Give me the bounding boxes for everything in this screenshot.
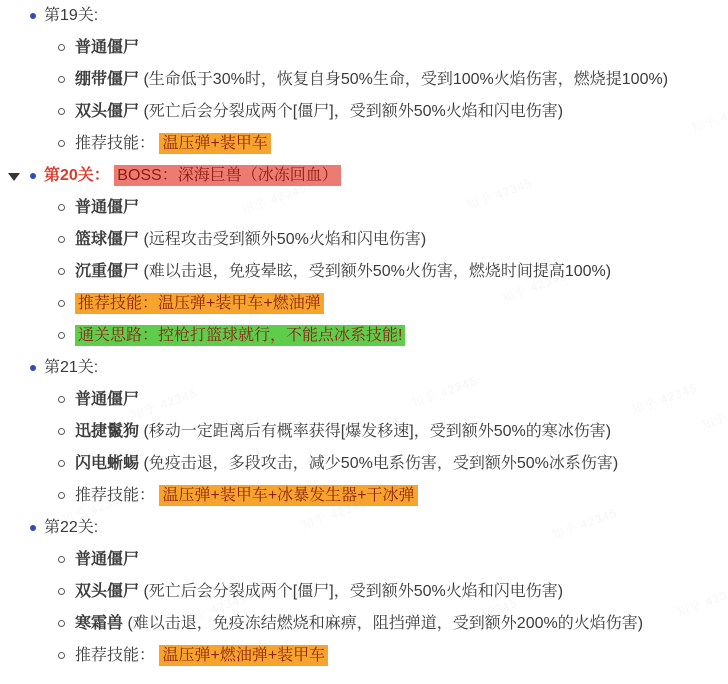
zombie-name: 篮球僵尸 — [75, 231, 139, 248]
zombie-desc: (难以击退，免疫晕眩，受到额外50%火伤害，燃烧时间提高100%) — [143, 263, 611, 280]
boss-highlight: BOSS：深海巨兽（冰冻回血） — [114, 165, 340, 186]
zombie-name: 闪电蜥蜴 — [75, 455, 139, 472]
collapse-triangle-icon[interactable] — [8, 173, 20, 181]
level-heading-row: 第20关： BOSS：深海巨兽（冰冻回血） — [0, 165, 728, 187]
circle-bullet-icon — [58, 652, 65, 659]
bullet-icon — [30, 365, 36, 371]
bullet-icon — [30, 525, 36, 531]
guide-document: 第19关:普通僵尸绷带僵尸 (生命低于30%时，恢复自身50%生命，受到100%… — [0, 0, 728, 667]
zombie-desc: (免疫击退，多段攻击，减少50%电系伤害，受到额外50%冰系伤害) — [143, 455, 618, 472]
zombie-name: 普通僵尸 — [75, 391, 139, 408]
level-title: 第22关: — [44, 519, 98, 536]
bullet-icon — [30, 13, 36, 19]
zombie-name: 绷带僵尸 — [75, 71, 139, 88]
zombie-name: 双头僵尸 — [75, 103, 139, 120]
zombie-item: 普通僵尸 — [0, 389, 728, 411]
skill-item: 推荐技能： 温压弹+燃油弹+装甲车 — [0, 645, 728, 667]
zombie-desc: (死亡后会分裂成两个[僵尸]，受到额外50%火焰和闪电伤害) — [143, 103, 563, 120]
zombie-item: 双头僵尸 (死亡后会分裂成两个[僵尸]，受到额外50%火焰和闪电伤害) — [0, 581, 728, 603]
circle-bullet-icon — [58, 428, 65, 435]
skill-item: 推荐技能： 温压弹+装甲车 — [0, 133, 728, 155]
circle-bullet-icon — [58, 396, 65, 403]
zombie-item: 寒霜兽 (难以击退，免疫冻结燃烧和麻痹，阻挡弹道，受到额外200%的火焰伤害) — [0, 613, 728, 635]
zombie-desc: (移动一定距离后有概率获得[爆发移速]，受到额外50%的寒冰伤害) — [143, 423, 611, 440]
zombie-desc: (远程攻击受到额外50%火焰和闪电伤害) — [143, 231, 426, 248]
zombie-item: 篮球僵尸 (远程攻击受到额外50%火焰和闪电伤害) — [0, 229, 728, 251]
zombie-item: 闪电蜥蜴 (免疫击退，多段攻击，减少50%电系伤害，受到额外50%冰系伤害) — [0, 453, 728, 475]
zombie-name: 普通僵尸 — [75, 199, 139, 216]
zombie-name: 普通僵尸 — [75, 551, 139, 568]
level-heading-row: 第19关: — [0, 5, 728, 27]
zombie-item: 普通僵尸 — [0, 549, 728, 571]
zombie-item: 沉重僵尸 (难以击退，免疫晕眩，受到额外50%火伤害，燃烧时间提高100%) — [0, 261, 728, 283]
skill-prefix: 推荐技能： — [75, 647, 155, 664]
zombie-desc: (生命低于30%时，恢复自身50%生命，受到100%火焰伤害，燃烧提100%) — [143, 71, 668, 88]
bullet-icon — [30, 173, 36, 179]
skill-prefix: 推荐技能： — [75, 487, 155, 504]
zombie-name: 沉重僵尸 — [75, 263, 139, 280]
zombie-item: 普通僵尸 — [0, 37, 728, 59]
circle-bullet-icon — [58, 588, 65, 595]
circle-bullet-icon — [58, 44, 65, 51]
circle-bullet-icon — [58, 492, 65, 499]
zombie-desc: (死亡后会分裂成两个[僵尸]，受到额外50%火焰和闪电伤害) — [143, 583, 563, 600]
skill-prefix: 推荐技能： — [75, 135, 155, 152]
circle-bullet-icon — [58, 108, 65, 115]
circle-bullet-icon — [58, 76, 65, 83]
zombie-name: 双头僵尸 — [75, 583, 139, 600]
level-title: 第20关： — [44, 167, 110, 184]
zombie-desc: (难以击退，免疫冻结燃烧和麻痹，阻挡弹道，受到额外200%的火焰伤害) — [127, 615, 643, 632]
circle-bullet-icon — [58, 460, 65, 467]
zombie-name: 迅捷鬣狗 — [75, 423, 139, 440]
level-title: 第21关: — [44, 359, 98, 376]
level-heading-row: 第22关: — [0, 517, 728, 539]
circle-bullet-icon — [58, 332, 65, 339]
skill-highlight: 推荐技能：温压弹+装甲车+燃油弹 — [75, 293, 324, 314]
skill-highlight: 温压弹+燃油弹+装甲车 — [159, 645, 328, 666]
zombie-item: 普通僵尸 — [0, 197, 728, 219]
level-heading-row: 第21关: — [0, 357, 728, 379]
zombie-name: 普通僵尸 — [75, 39, 139, 56]
zombie-item: 迅捷鬣狗 (移动一定距离后有概率获得[爆发移速]，受到额外50%的寒冰伤害) — [0, 421, 728, 443]
circle-bullet-icon — [58, 620, 65, 627]
skill-item: 推荐技能：温压弹+装甲车+燃油弹 — [0, 293, 728, 315]
circle-bullet-icon — [58, 268, 65, 275]
tip-highlight: 通关思路：控枪打篮球就行，不能点冰系技能! — [75, 325, 405, 346]
circle-bullet-icon — [58, 236, 65, 243]
level-title: 第19关: — [44, 7, 98, 24]
zombie-name: 寒霜兽 — [75, 615, 123, 632]
circle-bullet-icon — [58, 556, 65, 563]
skill-highlight: 温压弹+装甲车 — [159, 133, 270, 154]
circle-bullet-icon — [58, 140, 65, 147]
zombie-item: 绷带僵尸 (生命低于30%时，恢复自身50%生命，受到100%火焰伤害，燃烧提1… — [0, 69, 728, 91]
circle-bullet-icon — [58, 204, 65, 211]
circle-bullet-icon — [58, 300, 65, 307]
skill-highlight: 温压弹+装甲车+冰暴发生器+干冰弹 — [159, 485, 417, 506]
skill-item: 通关思路：控枪打篮球就行，不能点冰系技能! — [0, 325, 728, 347]
zombie-item: 双头僵尸 (死亡后会分裂成两个[僵尸]，受到额外50%火焰和闪电伤害) — [0, 101, 728, 123]
skill-item: 推荐技能： 温压弹+装甲车+冰暴发生器+干冰弹 — [0, 485, 728, 507]
